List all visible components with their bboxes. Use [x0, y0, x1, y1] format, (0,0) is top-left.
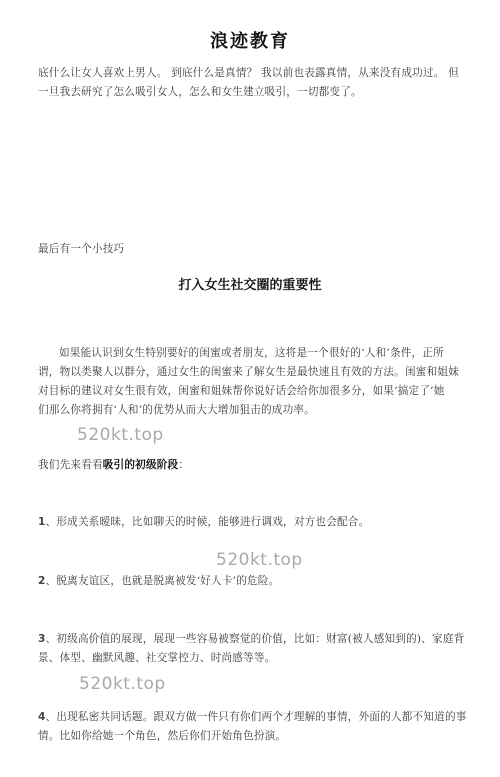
section-line-3: 对目标的建议对女生很有效，闺蜜和姐妹帮你说好话会给你加很多分，如果‘搞定了’她 — [38, 382, 470, 401]
intro-line-2: 一旦我去研究了怎么吸引女人，怎么和女生建立吸引，一切都变了。 — [38, 83, 470, 102]
stage-intro-prefix: 我们先来看看 — [38, 459, 103, 471]
list-item-text: 、初级高价值的展现，展现一些容易被察觉的价值，比如：财富(被人感知到的)、家庭背 — [46, 633, 465, 645]
watermark: 520kt.top — [79, 674, 166, 694]
list-item-number: 3 — [38, 633, 46, 645]
intro-line-1: 底什么让女人喜欢上男人。 到底什么是真情？ 我以前也表露真情，从来没有成功过。 … — [38, 64, 470, 83]
stage-intro: 我们先来看看吸引的初级阶段： — [38, 456, 470, 475]
list-item-text-cont: 情。比如你给她一个角色，然后你们开始角色扮演。 — [38, 727, 470, 746]
watermark: 520kt.top — [216, 550, 303, 570]
list-item: 4、出现私密共同话题。跟双方做一件只有你们两个才理解的事情，外面的人都不知道的事… — [38, 708, 470, 746]
tip-label: 最后有一个小技巧 — [38, 240, 470, 259]
list-item-text: 、形成关系暧昧，比如聊天的时候，能够进行调戏，对方也会配合。 — [46, 516, 370, 528]
section-heading: 打入女生社交圈的重要性 — [0, 277, 500, 295]
list-item-number: 4 — [38, 711, 46, 723]
list-item-text: 、脱离友谊区，也就是脱离被发‘好人卡’的危险。 — [46, 575, 280, 587]
watermark: 520kt.top — [77, 425, 164, 445]
section-line-4: 们那么你将拥有‘人和’的优势从而大大增加狙击的成功率。 — [38, 401, 470, 420]
list-item-number: 2 — [38, 575, 46, 587]
list-item: 2、脱离友谊区，也就是脱离被发‘好人卡’的危险。 — [38, 572, 470, 591]
section-paragraph: 如果能认识到女生特别要好的闺蜜或者朋友，这将是一个很好的‘人和’条件，正所 谓，… — [38, 344, 470, 420]
list-item: 3、初级高价值的展现，展现一些容易被察觉的价值，比如：财富(被人感知到的)、家庭… — [38, 630, 470, 668]
stage-intro-suffix: ： — [178, 459, 189, 471]
list-item-number: 1 — [38, 516, 46, 528]
section-line-1: 如果能认识到女生特别要好的闺蜜或者朋友，这将是一个很好的‘人和’条件，正所 — [38, 344, 470, 363]
document-title: 浪迹教育 — [0, 31, 500, 53]
list-item-text-cont: 景、体型、幽默风趣、社交掌控力、时尚感等等。 — [38, 649, 470, 668]
stage-intro-bold: 吸引的初级阶段 — [103, 459, 179, 471]
list-item-text: 、出现私密共同话题。跟双方做一件只有你们两个才理解的事情，外面的人都不知道的事 — [46, 711, 467, 723]
intro-paragraph: 底什么让女人喜欢上男人。 到底什么是真情？ 我以前也表露真情，从来没有成功过。 … — [38, 64, 470, 102]
list-item: 1、形成关系暧昧，比如聊天的时候，能够进行调戏，对方也会配合。 — [38, 513, 470, 532]
section-line-2: 谓，物以类聚人以群分，通过女生的闺蜜来了解女生是最快速且有效的方法。闺蜜和姐妹 — [38, 363, 470, 382]
